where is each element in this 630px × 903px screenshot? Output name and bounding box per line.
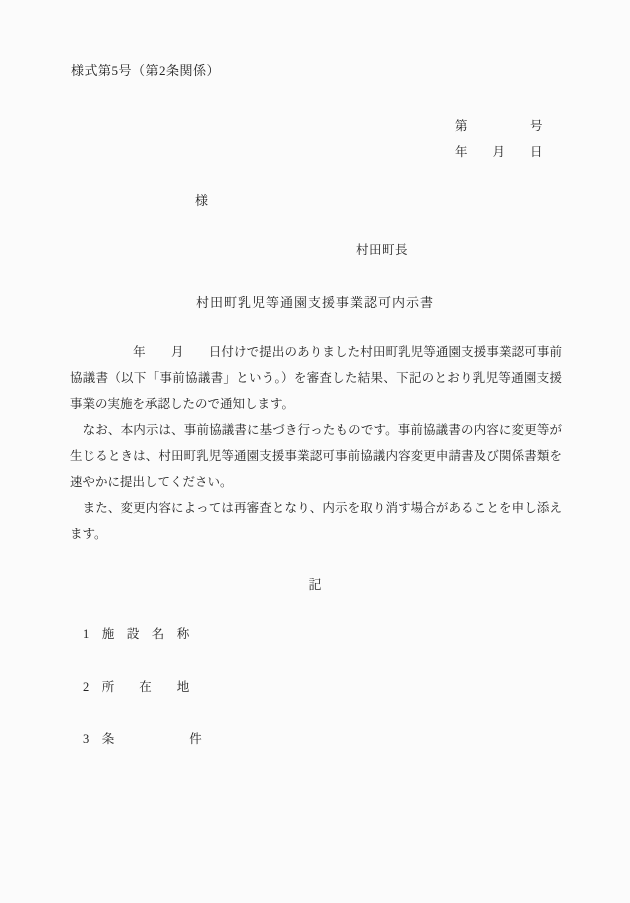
- form-number-label: 様式第5号（第2条関係）: [71, 63, 220, 79]
- body-paragraph-2: なお、本内示は、事前協議書に基づき行ったものです。事前協議書の内容に変更等が生じ…: [70, 417, 562, 495]
- item-conditions: 3 条 件: [83, 732, 202, 747]
- ki-section-marker: 記: [0, 577, 630, 593]
- date-placeholder: 年 月 日: [455, 145, 543, 160]
- addressee-honorific: 様: [195, 193, 208, 209]
- body-paragraph-3: また、変更内容によっては再審査となり、内示を取り消す場合があることを申し添えます…: [70, 495, 562, 547]
- body-text: 年 月 日付けで提出のありました村田町乳児等通園支援事業認可事前協議書（以下「事…: [70, 339, 562, 547]
- document-title: 村田町乳児等通園支援事業認可内示書: [0, 295, 630, 311]
- sender-name: 村田町長: [356, 243, 408, 258]
- item-location: 2 所 在 地: [83, 680, 189, 695]
- document-page: 様式第5号（第2条関係） 第 号 年 月 日 様 村田町長 村田町乳児等通園支援…: [0, 0, 630, 903]
- document-number-placeholder: 第 号: [455, 119, 543, 134]
- body-paragraph-1: 年 月 日付けで提出のありました村田町乳児等通園支援事業認可事前協議書（以下「事…: [70, 339, 562, 417]
- item-facility-name: 1 施 設 名 称: [83, 627, 189, 642]
